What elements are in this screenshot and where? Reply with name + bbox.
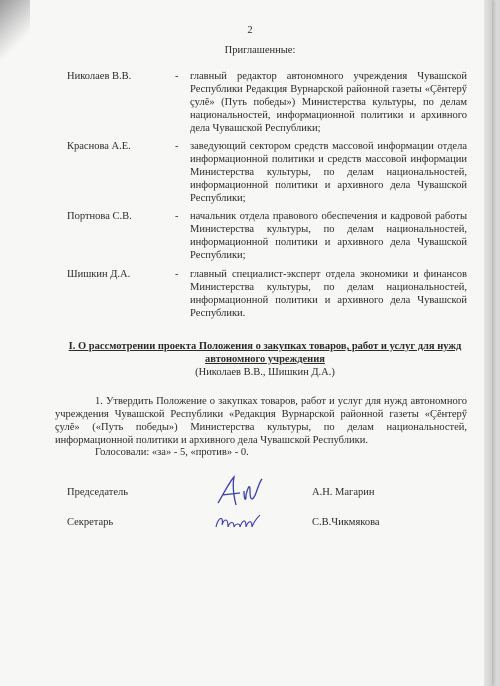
handwritten-signature-icon [212, 511, 272, 535]
dash: - [175, 140, 179, 153]
signature-role: Председатель [67, 487, 128, 498]
person-description: начальник отдела правового обеспечения и… [190, 210, 467, 262]
person-name: Портнова С.В. [67, 210, 177, 223]
signature-role: Секретарь [67, 517, 113, 528]
dash: - [175, 268, 179, 281]
invited-heading: Приглашенные: [0, 45, 500, 56]
document-page: 2 Приглашенные: Николаев В.В. - главный … [0, 0, 492, 686]
person-description: главный специалист-эксперт отдела эконом… [190, 268, 467, 320]
signatory-name: С.В.Чикмякова [312, 517, 380, 528]
person-name: Краснова А.Е. [67, 140, 177, 153]
person-description: заведующий сектором средств массовой инф… [190, 140, 467, 205]
handwritten-signature-icon [212, 473, 272, 513]
person-description: главный редактор автономного учреждения … [190, 70, 467, 135]
page-number: 2 [0, 25, 500, 36]
voting-result: Голосовали: «за» - 5, «против» - 0. [95, 447, 249, 458]
section-speakers: (Николаев В.В., Шишкин Д.А.) [55, 366, 475, 379]
person-name: Николаев В.В. [67, 70, 177, 83]
person-name: Шишкин Д.А. [67, 268, 177, 281]
resolution-paragraph: 1. Утвердить Положение о закупках товаро… [55, 395, 467, 447]
signatory-name: А.Н. Магарин [312, 487, 375, 498]
dash: - [175, 210, 179, 223]
section-title: I. О рассмотрении проекта Положения о за… [55, 340, 475, 366]
page-edge [484, 0, 492, 686]
agenda-section: I. О рассмотрении проекта Положения о за… [55, 340, 475, 379]
dash: - [175, 70, 179, 83]
